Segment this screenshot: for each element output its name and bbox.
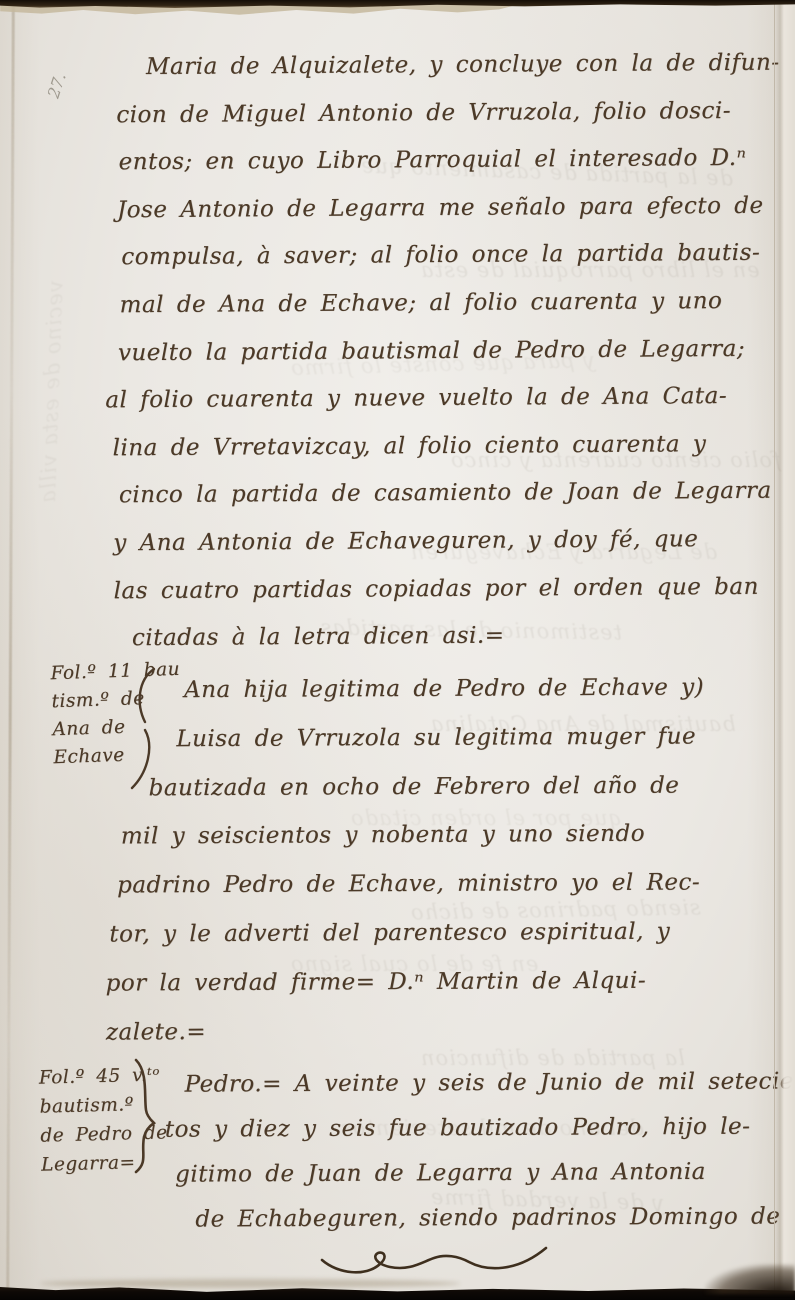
manuscript-line: tos y diez y seis fue bautizado Pedro, h… <box>160 1113 795 1161</box>
manuscript-line: mal de Ana de Echave; al folio cuarenta … <box>102 288 782 340</box>
entry-ana-baptism: Ana hija legitima de Pedro de Echave y) … <box>102 674 706 1068</box>
manuscript-line: Ana hija legitima de Pedro de Echave y) <box>102 674 704 726</box>
page-right-edge <box>774 0 795 1300</box>
manuscript-line: bautizada en ocho de Febrero del año de <box>102 772 704 824</box>
manuscript-line: vuelto la partida bautismal de Pedro de … <box>102 335 782 387</box>
manuscript-line: por la verdad firme= D.ⁿ Martin de Alqui… <box>104 967 706 1019</box>
manuscript-line: y Ana Antonia de Echaveguren, y doy fé, … <box>103 526 783 578</box>
manuscript-line: cion de Miguel Antonio de Vrruzola, foli… <box>100 97 780 149</box>
manuscript-line: Luisa de Vrruzola su legitima muger fue <box>102 723 704 775</box>
manuscript-line: citadas à la letra dicen asi.= <box>104 621 784 673</box>
manuscript-line: zalete.= <box>104 1016 706 1068</box>
entry-pedro-baptism: Pedro.= A veinte y seis de Junio de mil … <box>160 1068 795 1251</box>
manuscript-line: entos; en cuyo Libro Parroquial el inter… <box>101 145 781 197</box>
margin-brace-icon <box>124 1058 160 1176</box>
flourish-icon <box>318 1240 550 1282</box>
manuscript-line: compulsa, à saver; al folio once la part… <box>101 240 781 292</box>
manuscript-line: Maria de Alquizalete, y concluye con la … <box>100 50 780 102</box>
manuscript-line: tor, y le adverti del parentesco espirit… <box>103 918 705 970</box>
manuscript-line: las cuatro partidas copiadas por el orde… <box>104 573 784 625</box>
manuscript-line: Jose Antonio de Legarra me señalo para e… <box>101 192 781 244</box>
manuscript-line: al folio cuarenta y nueve vuelto la de A… <box>102 383 782 435</box>
manuscript-line: mil y seiscientos y nobenta y uno siendo <box>103 821 705 873</box>
manuscript-line: Pedro.= A veinte y seis de Junio de mil … <box>160 1068 795 1116</box>
opening-paragraph: Maria de Alquizalete, y concluye con la … <box>100 50 784 673</box>
manuscript-line: cinco la partida de casamiento de Joan d… <box>103 478 783 530</box>
paper-edge-shadow <box>40 1279 460 1288</box>
manuscript-page: de la partida de casamiento que en el li… <box>0 0 795 1300</box>
manuscript-line: lina de Vrretavizcay, al folio ciento cu… <box>103 430 783 482</box>
manuscript-line: gitimo de Juan de Legarra y Ana Antonia <box>160 1158 795 1206</box>
manuscript-line: padrino Pedro de Echave, ministro yo el … <box>103 870 705 922</box>
page-corner-shadow <box>705 1264 795 1294</box>
